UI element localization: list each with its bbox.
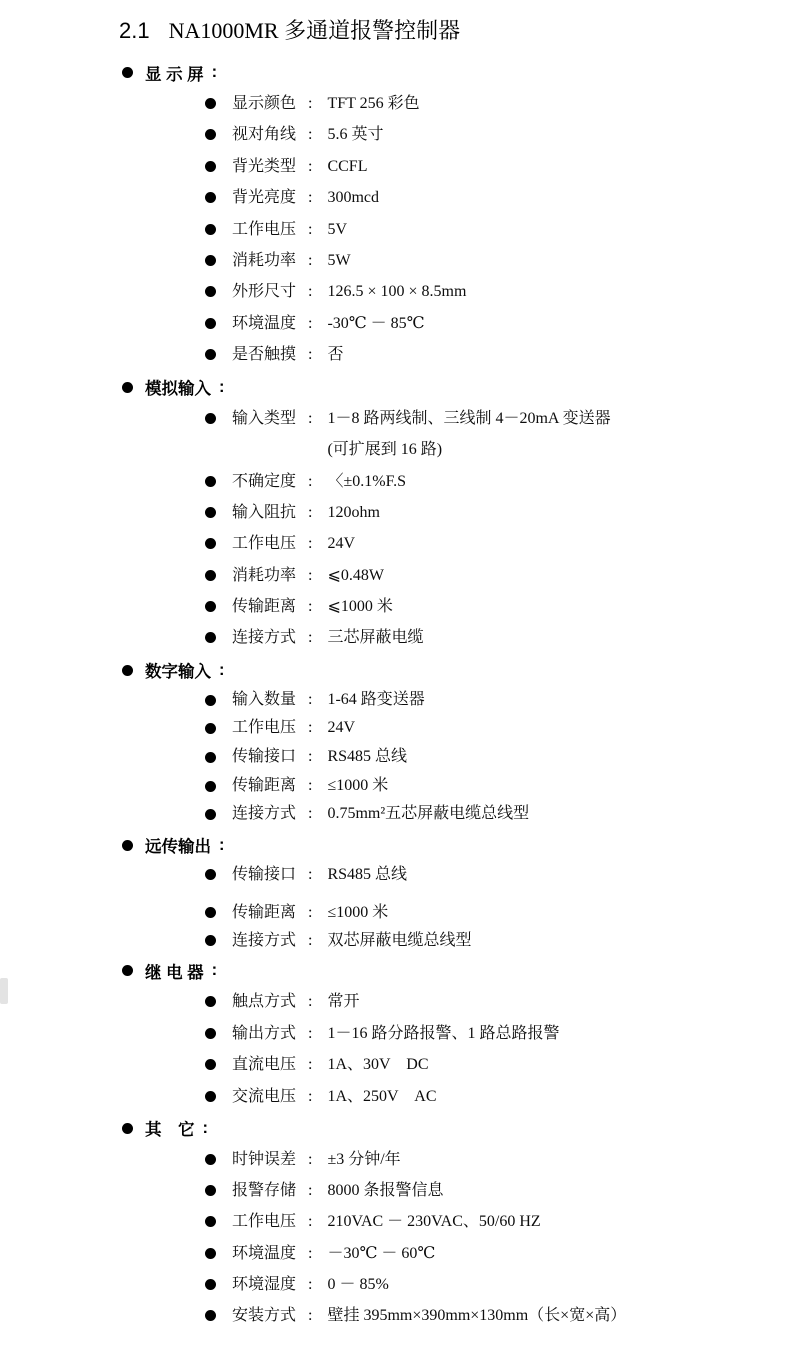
bullet-icon — [205, 476, 216, 487]
section-colon: : — [219, 661, 225, 680]
section-colon: : — [203, 1119, 209, 1138]
spec-row: 传输接口 : RS485 总线 — [205, 861, 790, 889]
spec-colon: : — [308, 714, 312, 743]
spec-colon: : — [308, 927, 312, 955]
spec-label: 是否触摸 — [232, 339, 308, 370]
spec-colon: : — [308, 245, 312, 276]
bullet-icon — [205, 129, 216, 140]
bullet-icon — [205, 255, 216, 266]
spec-row: 背光亮度 : 300mcd — [205, 182, 790, 213]
spec-row: 消耗功率 : ⩽0.48W — [205, 560, 790, 591]
spec-colon: : — [308, 622, 312, 653]
spec-label: 传输距离 — [232, 772, 308, 801]
spec-label: 传输距离 — [232, 899, 308, 927]
spec-colon: : — [308, 308, 312, 339]
spec-colon: : — [308, 466, 312, 497]
section-colon: : — [219, 836, 225, 855]
spec-label: 安装方式 — [232, 1300, 308, 1331]
spec-row: 环境温度 : -30℃ － 85℃ — [205, 308, 790, 339]
spec-label: 传输距离 — [232, 591, 308, 622]
section-colon: : — [212, 63, 218, 82]
scan-artifact — [0, 978, 8, 1004]
bullet-icon — [205, 507, 216, 518]
spec-value: RS485 总线 — [327, 861, 407, 889]
section-display: 显 示 屏 : 显示颜色 : TFT 256 彩色 视对角线 : 5.6 英寸 … — [0, 57, 790, 371]
spec-label: 交流电压 — [232, 1081, 308, 1112]
section-number: 2.1 — [119, 18, 150, 43]
spec-row: 工作电压 : 24V — [205, 528, 790, 559]
spec-row: 输入类型 : 1－8 路两线制、三线制 4－20mA 变送器 (可扩展到 16 … — [205, 403, 790, 466]
bullet-icon — [122, 965, 133, 976]
spec-colon: : — [308, 899, 312, 927]
spec-colon: : — [308, 528, 312, 559]
spec-colon: : — [308, 151, 312, 182]
bullet-icon — [205, 192, 216, 203]
bullet-icon — [205, 907, 216, 918]
section-header: 显 示 屏 : — [122, 57, 790, 88]
spec-value: 126.5 × 100 × 8.5mm — [327, 276, 466, 307]
spec-label: 消耗功率 — [232, 245, 308, 276]
bullet-icon — [205, 161, 216, 172]
spec-value: 0.75mm²五芯屏蔽电缆总线型 — [327, 800, 529, 829]
section-relay: 继 电 器 : 触点方式 : 常开 输出方式 : 1－16 路分路报警、1 路总… — [0, 955, 790, 1112]
bullet-icon — [205, 723, 216, 734]
bullet-icon — [205, 1154, 216, 1165]
spec-label: 环境温度 — [232, 308, 308, 339]
spec-colon: : — [308, 1206, 312, 1237]
bullet-icon — [205, 1216, 216, 1227]
spec-colon: : — [308, 339, 312, 370]
spec-colon: : — [308, 560, 312, 591]
spec-colon: : — [308, 119, 312, 150]
bullet-icon — [205, 781, 216, 792]
bullet-icon — [205, 996, 216, 1007]
spec-colon: : — [308, 182, 312, 213]
spec-row: 报警存储 : 8000 条报警信息 — [205, 1175, 790, 1206]
spec-label: 工作电压 — [232, 714, 308, 743]
section-label: 远传输出 — [145, 833, 211, 857]
section-colon: : — [219, 378, 225, 397]
spec-row: 背光类型 : CCFL — [205, 151, 790, 182]
spec-label: 外形尺寸 — [232, 276, 308, 307]
spec-label: 工作电压 — [232, 1206, 308, 1237]
spec-value: 〈±0.1%F.S — [327, 466, 406, 497]
spec-colon: : — [308, 743, 312, 772]
spec-row: 传输接口 : RS485 总线 — [205, 743, 790, 772]
spec-value: 1－16 路分路报警、1 路总路报警 — [327, 1018, 559, 1049]
bullet-icon — [205, 752, 216, 763]
bullet-icon — [205, 935, 216, 946]
bullet-icon — [205, 413, 216, 424]
spec-value: 24V — [327, 528, 355, 559]
spec-value: ±3 分钟/年 — [327, 1144, 400, 1175]
spec-value: ⩽0.48W — [327, 560, 384, 591]
spec-row: 不确定度 : 〈±0.1%F.S — [205, 466, 790, 497]
spec-value: 210VAC － 230VAC、50/60 HZ — [327, 1206, 540, 1237]
spec-label: 输出方式 — [232, 1018, 308, 1049]
bullet-icon — [205, 1185, 216, 1196]
spec-label: 背光类型 — [232, 151, 308, 182]
spec-row: 输入阻抗 : 120ohm — [205, 497, 790, 528]
spec-label: 连接方式 — [232, 927, 308, 955]
spec-label: 直流电压 — [232, 1049, 308, 1080]
spec-colon: : — [308, 1300, 312, 1331]
spec-colon: : — [308, 497, 312, 528]
spec-row: 触点方式 : 常开 — [205, 986, 790, 1017]
section-analog-input: 模拟输入 : 输入类型 : 1－8 路两线制、三线制 4－20mA 变送器 (可… — [0, 372, 790, 654]
spec-row: 传输距离 : ≤1000 米 — [205, 772, 790, 801]
spec-value: 5V — [327, 214, 347, 245]
section-label: 模拟输入 — [145, 375, 211, 399]
spec-label: 消耗功率 — [232, 560, 308, 591]
spec-value: 1－8 路两线制、三线制 4－20mA 变送器 (可扩展到 16 路) — [327, 403, 610, 466]
spec-colon: : — [308, 214, 312, 245]
spec-label: 环境湿度 — [232, 1269, 308, 1300]
spec-label: 输入阻抗 — [232, 497, 308, 528]
spec-colon: : — [308, 276, 312, 307]
spec-colon: : — [308, 1144, 312, 1175]
spec-colon: : — [308, 403, 312, 434]
section-header: 其 它 : — [122, 1113, 790, 1144]
spec-value: 1-64 路变送器 — [327, 686, 424, 715]
section-digital-input: 数字输入 : 输入数量 : 1-64 路变送器 工作电压 : 24V 传输接口 … — [0, 655, 790, 829]
bullet-icon — [122, 1123, 133, 1134]
spec-value: ≤1000 米 — [327, 772, 388, 801]
spec-value: 5W — [327, 245, 350, 276]
spec-row: 输入数量 : 1-64 路变送器 — [205, 686, 790, 715]
spec-row: 传输距离 : ⩽1000 米 — [205, 591, 790, 622]
spec-colon: : — [308, 772, 312, 801]
spec-value: 常开 — [327, 986, 359, 1017]
spec-label: 环境温度 — [232, 1238, 308, 1269]
bullet-icon — [205, 224, 216, 235]
spec-value: 24V — [327, 714, 355, 743]
spec-value: 5.6 英寸 — [327, 119, 383, 150]
spec-label: 输入类型 — [232, 403, 308, 434]
spec-label: 报警存储 — [232, 1175, 308, 1206]
spec-value: 1A、30V DC — [327, 1049, 428, 1080]
spec-value: RS485 总线 — [327, 743, 407, 772]
spec-value: 0 － 85% — [327, 1269, 388, 1300]
spec-value: -30℃ － 85℃ — [327, 308, 424, 339]
spec-value: 三芯屏蔽电缆 — [327, 622, 423, 653]
bullet-icon — [205, 632, 216, 643]
spec-label: 传输接口 — [232, 861, 308, 889]
bullet-icon — [205, 349, 216, 360]
bullet-icon — [205, 570, 216, 581]
spec-label: 工作电压 — [232, 214, 308, 245]
spec-row: 环境湿度 : 0 － 85% — [205, 1269, 790, 1300]
spec-label: 显示颜色 — [232, 88, 308, 119]
spec-value: －30℃ － 60℃ — [327, 1238, 435, 1269]
spec-row: 是否触摸 : 否 — [205, 339, 790, 370]
spec-colon: : — [308, 1081, 312, 1112]
spec-label: 时钟误差 — [232, 1144, 308, 1175]
spec-colon: : — [308, 1175, 312, 1206]
section-label: 数字输入 — [145, 658, 211, 682]
section-other: 其 它 : 时钟误差 : ±3 分钟/年 报警存储 : 8000 条报警信息 工… — [0, 1113, 790, 1332]
spec-colon: : — [308, 800, 312, 829]
bullet-icon — [205, 1310, 216, 1321]
spec-colon: : — [308, 1269, 312, 1300]
spec-value: 壁挂 395mm×390mm×130mm（长×宽×高） — [327, 1300, 626, 1331]
bullet-icon — [205, 1059, 216, 1070]
spec-label: 触点方式 — [232, 986, 308, 1017]
section-header: 继 电 器 : — [122, 955, 790, 986]
spec-value-continuation: (可扩展到 16 路) — [327, 434, 610, 466]
spec-row: 外形尺寸 : 126.5 × 100 × 8.5mm — [205, 276, 790, 307]
section-label: 其 它 — [145, 1116, 195, 1140]
section-header: 数字输入 : — [122, 655, 790, 686]
spec-row: 交流电压 : 1A、250V AC — [205, 1081, 790, 1112]
spec-value: 8000 条报警信息 — [327, 1175, 443, 1206]
spec-row: 消耗功率 : 5W — [205, 245, 790, 276]
bullet-icon — [205, 809, 216, 820]
spec-label: 连接方式 — [232, 622, 308, 653]
spec-value: 否 — [327, 339, 343, 370]
section-header: 模拟输入 : — [122, 372, 790, 403]
spec-value: ⩽1000 米 — [327, 591, 392, 622]
bullet-icon — [205, 538, 216, 549]
bullet-icon — [205, 286, 216, 297]
bullet-icon — [122, 665, 133, 676]
spec-value: ≤1000 米 — [327, 899, 388, 927]
bullet-icon — [205, 1279, 216, 1290]
spec-row: 安装方式 : 壁挂 395mm×390mm×130mm（长×宽×高） — [205, 1300, 790, 1331]
title-text: NA1000MR 多通道报警控制器 — [169, 18, 461, 43]
section-label: 显 示 屏 — [145, 61, 204, 85]
spec-row: 显示颜色 : TFT 256 彩色 — [205, 88, 790, 119]
bullet-icon — [122, 67, 133, 78]
spec-colon: : — [308, 986, 312, 1017]
spec-row: 连接方式 : 三芯屏蔽电缆 — [205, 622, 790, 653]
spec-row: 视对角线 : 5.6 英寸 — [205, 119, 790, 150]
spec-label: 视对角线 — [232, 119, 308, 150]
page-title: 2.1NA1000MR 多通道报警控制器 — [119, 14, 790, 48]
spec-colon: : — [308, 1049, 312, 1080]
bullet-icon — [122, 382, 133, 393]
spec-value-line1: 1－8 路两线制、三线制 4－20mA 变送器 — [327, 403, 610, 435]
spec-colon: : — [308, 88, 312, 119]
spec-document: 2.1NA1000MR 多通道报警控制器 显 示 屏 : 显示颜色 : TFT … — [0, 0, 790, 1332]
bullet-icon — [205, 98, 216, 109]
spec-label: 工作电压 — [232, 528, 308, 559]
bullet-icon — [205, 601, 216, 612]
spec-value: 300mcd — [327, 182, 379, 213]
spec-value: TFT 256 彩色 — [327, 88, 419, 119]
spec-row: 时钟误差 : ±3 分钟/年 — [205, 1144, 790, 1175]
spec-label: 不确定度 — [232, 466, 308, 497]
section-header: 远传输出 : — [122, 830, 790, 861]
section-colon: : — [212, 961, 218, 980]
spec-row: 直流电压 : 1A、30V DC — [205, 1049, 790, 1080]
bullet-icon — [205, 695, 216, 706]
spec-row: 输出方式 : 1－16 路分路报警、1 路总路报警 — [205, 1018, 790, 1049]
spec-colon: : — [308, 591, 312, 622]
bullet-icon — [205, 318, 216, 329]
bullet-icon — [205, 1091, 216, 1102]
spec-colon: : — [308, 1238, 312, 1269]
spec-row: 工作电压 : 210VAC － 230VAC、50/60 HZ — [205, 1206, 790, 1237]
spec-row: 环境温度 : －30℃ － 60℃ — [205, 1238, 790, 1269]
section-remote-output: 远传输出 : 传输接口 : RS485 总线 传输距离 : ≤1000 米 连接… — [0, 830, 790, 955]
spec-value: 120ohm — [327, 497, 379, 528]
spec-row: 工作电压 : 5V — [205, 214, 790, 245]
spec-row: 连接方式 : 双芯屏蔽电缆总线型 — [205, 927, 790, 955]
spec-label: 传输接口 — [232, 743, 308, 772]
spec-row: 连接方式 : 0.75mm²五芯屏蔽电缆总线型 — [205, 800, 790, 829]
spec-label: 输入数量 — [232, 686, 308, 715]
section-label: 继 电 器 — [145, 959, 204, 983]
spec-row: 传输距离 : ≤1000 米 — [205, 899, 790, 927]
spec-label: 背光亮度 — [232, 182, 308, 213]
spec-colon: : — [308, 1018, 312, 1049]
spec-label: 连接方式 — [232, 800, 308, 829]
bullet-icon — [122, 840, 133, 851]
spec-value: CCFL — [327, 151, 367, 182]
bullet-icon — [205, 1248, 216, 1259]
spec-value: 1A、250V AC — [327, 1081, 436, 1112]
bullet-icon — [205, 869, 216, 880]
spec-row: 工作电压 : 24V — [205, 714, 790, 743]
spec-value: 双芯屏蔽电缆总线型 — [327, 927, 471, 955]
spec-colon: : — [308, 686, 312, 715]
bullet-icon — [205, 1028, 216, 1039]
spec-colon: : — [308, 861, 312, 889]
